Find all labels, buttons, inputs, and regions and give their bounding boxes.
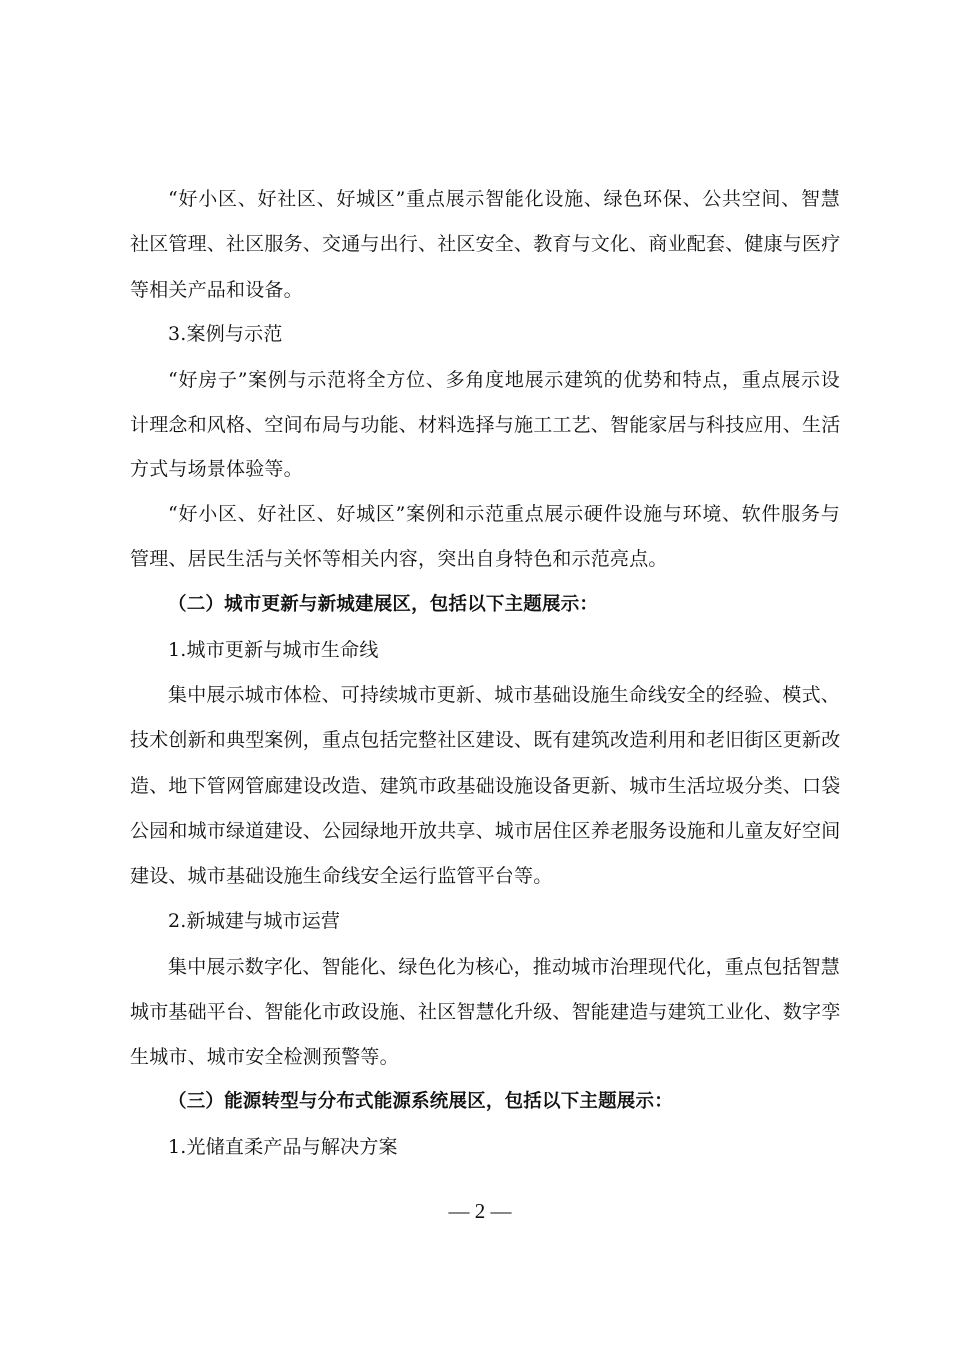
body-text-line: 技术创新和典型案例，重点包括完整社区建设、既有建筑改造利用和老旧街区更新改	[130, 725, 840, 755]
subheading: 1.城市更新与城市生命线	[168, 635, 840, 665]
body-text-line: 管理、居民生活与关怀等相关内容，突出自身特色和示范亮点。	[130, 544, 840, 574]
body-text-line: 方式与场景体验等。	[130, 454, 840, 484]
page-number: — 2 —	[0, 1196, 960, 1226]
section-heading: （三）能源转型与分布式能源系统展区，包括以下主题展示：	[168, 1087, 840, 1117]
body-text-line: 城市基础平台、智能化市政设施、社区智慧化升级、智能建造与建筑工业化、数字孪	[130, 997, 840, 1027]
subheading: 1.光储直柔产品与解决方案	[168, 1132, 840, 1162]
body-text-line: 等相关产品和设备。	[130, 275, 840, 305]
body-text-line: “好小区、好社区、好城区”案例和示范重点展示硬件设施与环境、软件服务与	[168, 499, 840, 529]
body-text-line: 造、地下管网管廊建设改造、建筑市政基础设施设备更新、城市生活垃圾分类、口袋	[130, 771, 840, 801]
body-text-line: 集中展示数字化、智能化、绿色化为核心，推动城市治理现代化，重点包括智慧	[168, 952, 840, 982]
body-text-line: 集中展示城市体检、可持续城市更新、城市基础设施生命线安全的经验、模式、	[168, 680, 840, 710]
subheading: 2.新城建与城市运营	[168, 906, 840, 936]
body-text-line: “好房子”案例与示范将全方位、多角度地展示建筑的优势和特点，重点展示设	[168, 365, 840, 395]
document-page: “好小区、好社区、好城区”重点展示智能化设施、绿色环保、公共空间、智慧 社区管理…	[0, 0, 960, 1357]
body-text-line: 公园和城市绿道建设、公园绿地开放共享、城市居住区养老服务设施和儿童友好空间	[130, 816, 840, 846]
subheading: 3.案例与示范	[168, 319, 840, 349]
body-text-line: “好小区、好社区、好城区”重点展示智能化设施、绿色环保、公共空间、智慧	[168, 184, 840, 214]
body-text-line: 计理念和风格、空间布局与功能、材料选择与施工工艺、智能家居与科技应用、生活	[130, 410, 840, 440]
body-text-line: 建设、城市基础设施生命线安全运行监管平台等。	[130, 861, 840, 891]
section-heading: （二）城市更新与新城建展区，包括以下主题展示：	[168, 590, 840, 620]
body-text-line: 社区管理、社区服务、交通与出行、社区安全、教育与文化、商业配套、健康与医疗	[130, 229, 840, 259]
body-text-line: 生城市、城市安全检测预警等。	[130, 1042, 840, 1072]
